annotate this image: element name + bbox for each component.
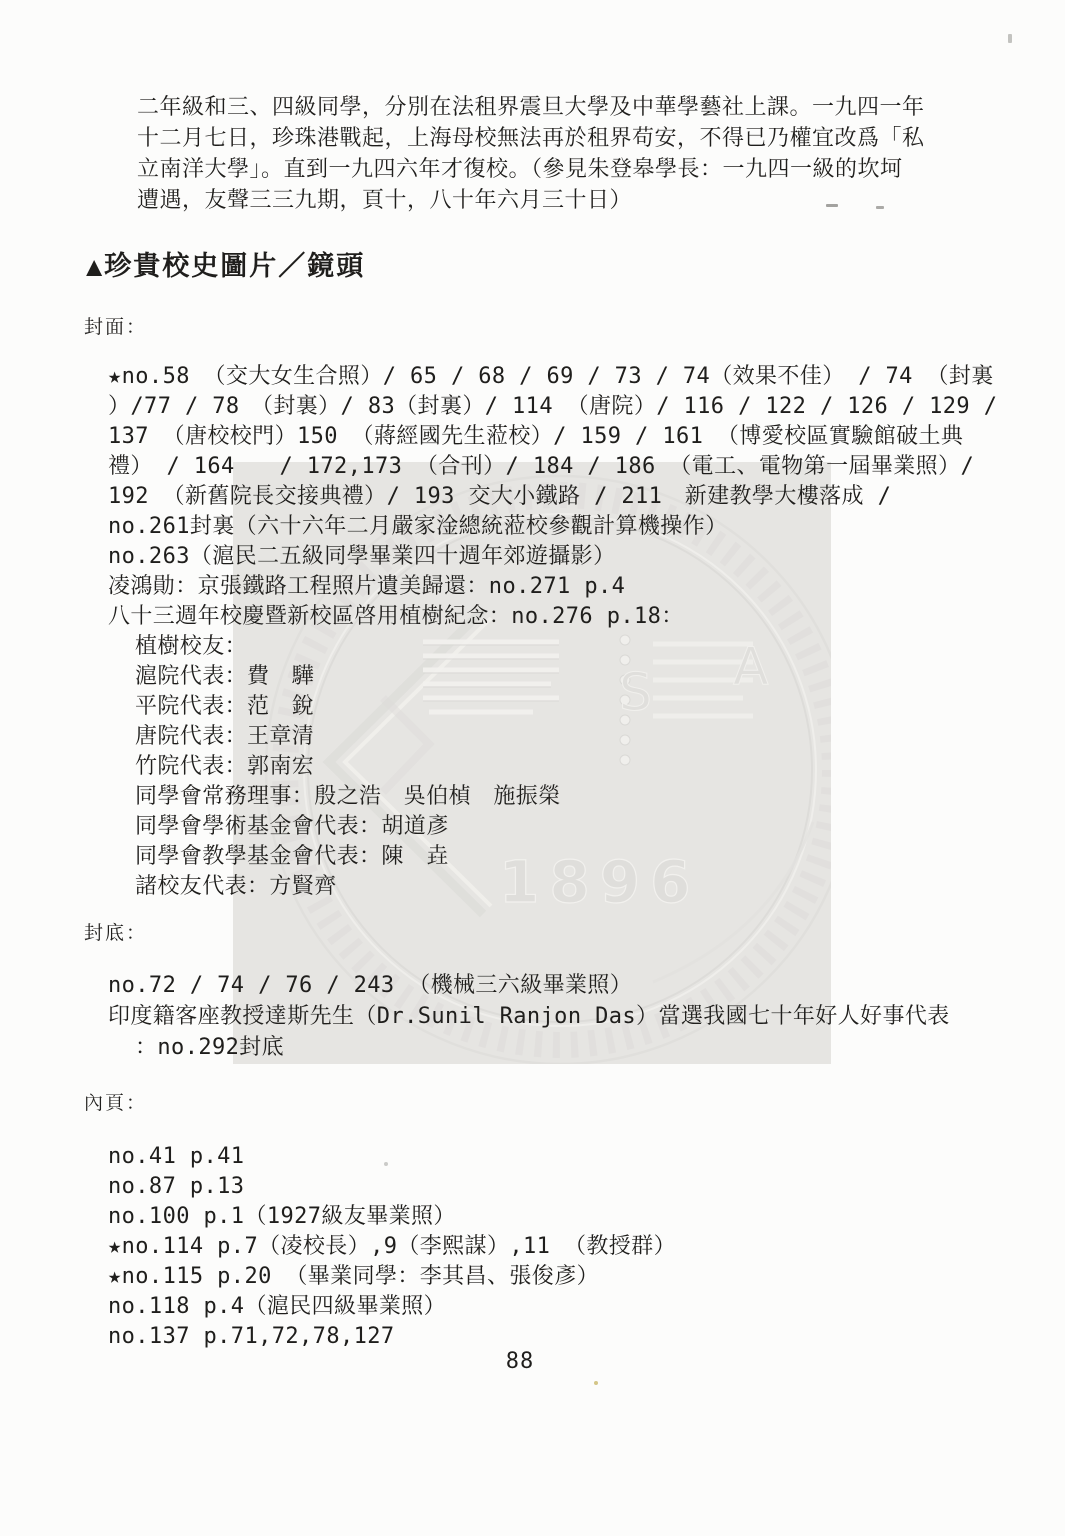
list-line: 八十三週年校慶暨新校區啓用植樹紀念：no.276 p.18： <box>108 602 1008 632</box>
list-line: no.118 p.4（滬民四級畢業照） <box>108 1292 1008 1322</box>
section-label-back-cover: 封底： <box>84 918 147 945</box>
intro-paragraph: 二年級和三、四級同學，分別在法租界震旦大學及中華學藝社上課。一九四一年 十二月七… <box>137 92 977 216</box>
list-line: 平院代表：范 銳 <box>108 692 1008 722</box>
list-line: no.137 p.71,72,78,127 <box>108 1322 1008 1352</box>
paragraph-line: 立南洋大學」。直到一九四六年才復校。（參見朱登皋學長：一九四一級的坎坷 <box>137 154 977 185</box>
list-line: no.87 p.13 <box>108 1172 1008 1202</box>
list-line: ★no.115 p.20 （畢業同學：李其昌、張俊彥） <box>108 1262 1008 1292</box>
list-line: ：no.292封底 <box>108 1032 1008 1063</box>
list-line: 同學會常務理事：殷之浩 吳伯楨 施振榮 <box>108 782 1008 812</box>
list-line: 同學會教學基金會代表：陳 垚 <box>108 842 1008 872</box>
list-line: 植樹校友： <box>108 632 1008 662</box>
paragraph-line: 十二月七日，珍珠港戰起，上海母校無法再於租界苟安，不得已乃權宜改爲「私 <box>137 123 977 154</box>
section-label-inner-pages: 內頁： <box>84 1088 147 1115</box>
cover-photo-list: ★no.58 （交大女生合照）/ 65 / 68 / 69 / 73 / 74（… <box>108 362 1008 902</box>
inner-pages-photo-list: no.41 p.41 no.87 p.13 no.100 p.1（1927級友畢… <box>108 1142 1008 1352</box>
list-line: 192 （新舊院長交接典禮）/ 193 交大小鐵路 / 211 新建教學大樓落成… <box>108 482 1008 512</box>
list-line: no.72 / 74 / 76 / 243 （機械三六級畢業照） <box>108 970 1008 1001</box>
list-line: 諸校友代表：方賢齊 <box>108 872 1008 902</box>
list-line: ）/77 / 78 （封裏）/ 83（封裏）/ 114 （唐院）/ 116 / … <box>108 392 1008 422</box>
scanned-document-page: S A 1896 二年級和三、四級同學，分別在法租界震旦大學及中華學藝社上課。一… <box>0 0 1065 1536</box>
list-line: 凌鴻勛：京張鐵路工程照片遺美歸還：no.271 p.4 <box>108 572 1008 602</box>
list-line: no.261封裏（六十六年二月嚴家淦總統蒞校參觀計算機操作） <box>108 512 1008 542</box>
list-line: 滬院代表：費 驊 <box>108 662 1008 692</box>
paragraph-line: 遭遇，友聲三三九期，頁十，八十年六月三十日） <box>137 185 977 216</box>
scan-artifact <box>826 204 838 207</box>
list-line: 137 （唐校校門）150 （蔣經國先生蒞校）/ 159 / 161 （博愛校區… <box>108 422 1008 452</box>
list-line: 禮） / 164 / 172,173 （合刊）/ 184 / 186 （電工、電… <box>108 452 1008 482</box>
scan-artifact <box>1008 34 1012 43</box>
list-line: no.41 p.41 <box>108 1142 1008 1172</box>
list-line: 同學會學術基金會代表：胡道彥 <box>108 812 1008 842</box>
scan-artifact <box>384 1162 388 1166</box>
list-line: ★no.58 （交大女生合照）/ 65 / 68 / 69 / 73 / 74（… <box>108 362 1008 392</box>
list-line: 印度籍客座教授達斯先生（Dr.Sunil Ranjon Das）當選我國七十年好… <box>108 1001 1008 1032</box>
list-line: ★no.114 p.7（凌校長）,9（李熙謀）,11 （教授群） <box>108 1232 1008 1262</box>
back-cover-photo-list: no.72 / 74 / 76 / 243 （機械三六級畢業照） 印度籍客座教授… <box>108 970 1008 1063</box>
page-number: 88 <box>0 1349 1040 1374</box>
list-line: no.263（滬民二五級同學畢業四十週年郊遊攝影） <box>108 542 1008 572</box>
page-heading: ▲珍貴校史圖片／鏡頭 <box>86 244 365 283</box>
paragraph-line: 二年級和三、四級同學，分別在法租界震旦大學及中華學藝社上課。一九四一年 <box>137 92 977 123</box>
list-line: no.100 p.1（1927級友畢業照） <box>108 1202 1008 1232</box>
scan-artifact <box>594 1381 598 1385</box>
list-line: 竹院代表：郭南宏 <box>108 752 1008 782</box>
scan-artifact <box>876 206 884 209</box>
list-line: 唐院代表：王章清 <box>108 722 1008 752</box>
section-label-cover: 封面： <box>84 312 147 339</box>
